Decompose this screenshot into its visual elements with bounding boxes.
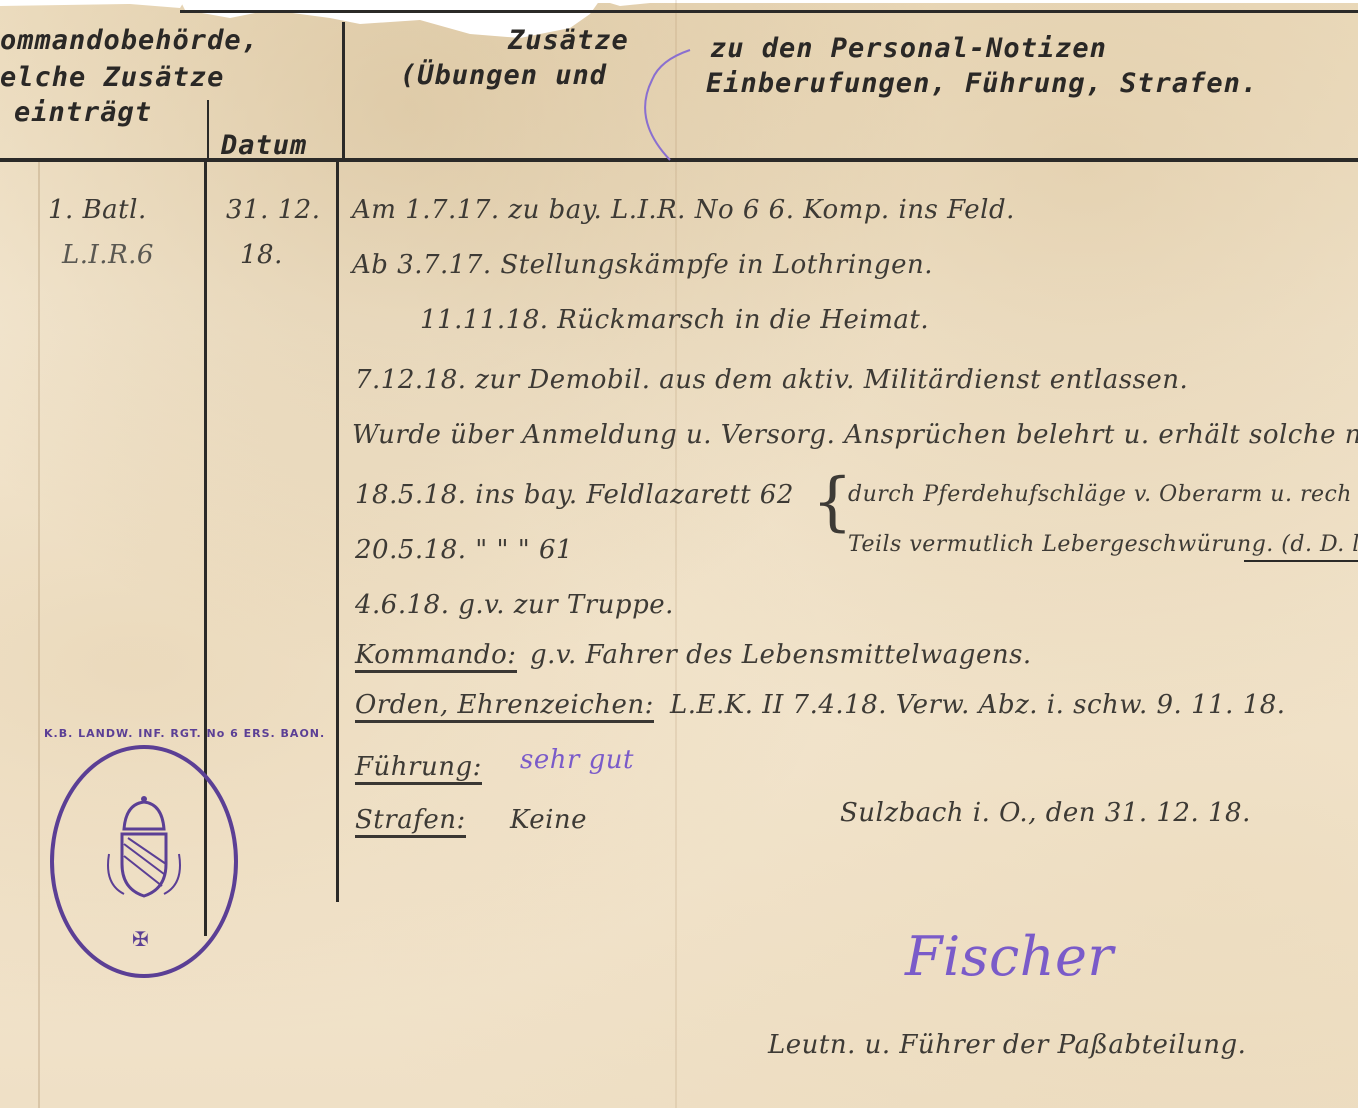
- fuehrung-value: sehr gut: [520, 745, 634, 775]
- date-line1: 31. 12.: [226, 195, 320, 225]
- entry: 20.5.18. " " " 61: [355, 535, 573, 565]
- entry: Ab 3.7.17. Stellungskämpfe in Lothringen…: [352, 250, 933, 280]
- column-divider: [342, 22, 345, 162]
- label-orden: Orden, Ehrenzeichen:: [355, 690, 654, 723]
- regiment-stamp: K.B. LANDW. INF. RGT. No 6 ERS. BAON. ✠: [50, 745, 238, 978]
- stamp-text: K.B. LANDW. INF. RGT. No 6 ERS. BAON.: [44, 727, 264, 740]
- header-date: Datum: [221, 130, 307, 161]
- entry: 7.12.18. zur Demobil. aus dem aktiv. Mil…: [355, 365, 1188, 395]
- cross-icon: ✠: [132, 927, 149, 951]
- authority-line2: L.I.R.6: [62, 240, 154, 270]
- brace-note: durch Pferdehufschläge v. Oberarm u. rec…: [848, 482, 1352, 507]
- signature-title: Leutn. u. Führer der Paßabteilung.: [768, 1030, 1246, 1060]
- top-rule: [180, 10, 1358, 13]
- header-authority-line1: ommandobehörde,: [0, 25, 259, 56]
- header-additions-line2a: (Übungen und: [400, 60, 607, 91]
- entry: 11.11.18. Rückmarsch in die Heimat.: [420, 305, 929, 335]
- authority-line1: 1. Batl.: [48, 195, 147, 225]
- entry: 18.5.18. ins bay. Feldlazarett 62: [355, 480, 794, 510]
- entry: Am 1.7.17. zu bay. L.I.R. No 6 6. Komp. …: [352, 195, 1015, 225]
- entry: g.v. Fahrer des Lebensmittelwagens.: [530, 640, 1032, 670]
- strafen-value: Keine: [510, 805, 587, 835]
- header-additions-line1a: Zusätze: [508, 25, 629, 56]
- column-divider: [207, 100, 209, 162]
- header-additions-line2b: Einberufungen, Führung, Strafen.: [706, 68, 1258, 99]
- underline: [1244, 560, 1358, 562]
- entry: 4.6.18. g.v. zur Truppe.: [355, 590, 674, 620]
- label-strafen: Strafen:: [355, 805, 466, 838]
- brace: {: [812, 465, 853, 539]
- header-additions-line1b: zu den Personal-Notizen: [710, 33, 1107, 64]
- brace-note: Teils vermutlich Lebergeschwürung. (d. D…: [848, 532, 1358, 557]
- crown-crest-icon: [104, 794, 184, 904]
- label-fuehrung: Führung:: [355, 752, 482, 785]
- header-authority-line2: elche Zusätze: [0, 62, 224, 93]
- pencil-mark: [630, 40, 710, 170]
- entry: L.E.K. II 7.4.18. Verw. Abz. i. schw. 9.…: [670, 690, 1286, 720]
- place-date: Sulzbach i. O., den 31. 12. 18.: [840, 798, 1251, 828]
- header-authority-line3: einträgt: [14, 97, 152, 128]
- signature: Fischer: [905, 925, 1114, 988]
- entry: Wurde über Anmeldung u. Versorg. Ansprüc…: [352, 420, 1358, 450]
- label-kommando: Kommando:: [355, 640, 517, 673]
- date-line2: 18.: [240, 240, 283, 270]
- fold-crease: [38, 160, 40, 1108]
- column-divider: [336, 162, 339, 902]
